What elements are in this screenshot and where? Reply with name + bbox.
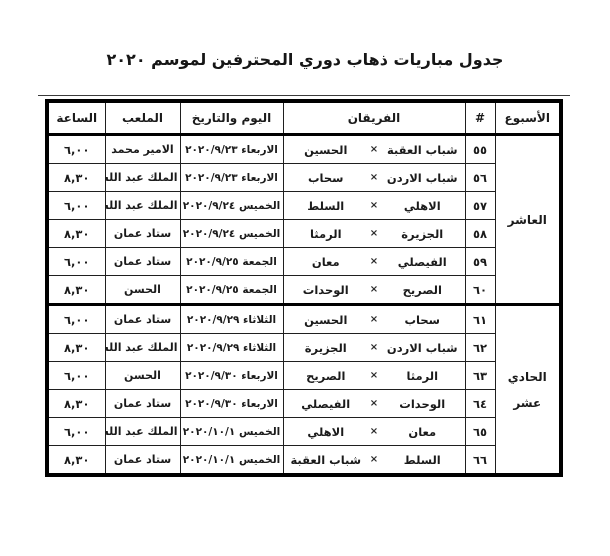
team-away: الحسين: [290, 143, 363, 157]
match-stadium: ستاد عمان: [105, 446, 180, 476]
match-row: ٦٣ الرمثا × الصريح الاربعاء ٢٠٢٠/٩/٣٠ ال…: [47, 362, 561, 390]
header-cell-stadium: الملعب: [105, 101, 180, 135]
match-stadium: الملك عبد الله: [105, 418, 180, 446]
team-home: معان: [386, 425, 459, 439]
week-label-line: الحادي: [498, 364, 558, 390]
match-teams: شباب الاردن × الجزيرة: [283, 334, 465, 362]
header-cell-week: الأسبوع: [495, 101, 561, 135]
match-time: ٨,٣٠: [47, 446, 105, 476]
header-cell-time: الساعة: [47, 101, 105, 135]
match-day-date: الجمعة ٢٠٢٠/٩/٢٥: [180, 276, 283, 305]
match-teams: الرمثا × الصريح: [283, 362, 465, 390]
match-row: ٥٨ الجزيرة × الرمثا الخميس ٢٠٢٠/٩/٢٤ ستا…: [47, 220, 561, 248]
top-rule-divider: [38, 95, 570, 96]
team-home: سحاب: [386, 313, 459, 327]
match-number: ٥٨: [465, 220, 495, 248]
match-time: ٦,٠٠: [47, 305, 105, 334]
team-home: شباب الاردن: [386, 171, 459, 185]
match-time: ٦,٠٠: [47, 248, 105, 276]
match-row: ٥٧ الاهلي × السلط الخميس ٢٠٢٠/٩/٢٤ الملك…: [47, 192, 561, 220]
match-stadium: الحسن: [105, 276, 180, 305]
match-day-date: الجمعة ٢٠٢٠/٩/٢٥: [180, 248, 283, 276]
match-day-date: الخميس ٢٠٢٠/١٠/١: [180, 446, 283, 476]
match-number: ٥٦: [465, 164, 495, 192]
week-label-line: عشر: [498, 390, 558, 416]
team-home: السلط: [386, 453, 459, 467]
match-number: ٦٥: [465, 418, 495, 446]
match-stadium: الملك عبد الله: [105, 334, 180, 362]
team-away: سحاب: [290, 171, 363, 185]
vs-mark: ×: [362, 200, 386, 211]
match-row: ٦٢ شباب الاردن × الجزيرة الثلاثاء ٢٠٢٠/٩…: [47, 334, 561, 362]
week-cell-10: العاشر: [495, 135, 561, 305]
match-row: ٦٦ السلط × شباب العقبة الخميس ٢٠٢٠/١٠/١ …: [47, 446, 561, 476]
header-cell-number: #: [465, 101, 495, 135]
week-cell-11: الحادي عشر: [495, 305, 561, 476]
team-away: السلط: [290, 199, 363, 213]
match-row: ٦٥ معان × الاهلي الخميس ٢٠٢٠/١٠/١ الملك …: [47, 418, 561, 446]
match-time: ٦,٠٠: [47, 418, 105, 446]
match-stadium: الملك عبد الله: [105, 192, 180, 220]
match-day-date: الثلاثاء ٢٠٢٠/٩/٢٩: [180, 305, 283, 334]
match-number: ٦٠: [465, 276, 495, 305]
team-away: الحسين: [290, 313, 363, 327]
match-number: ٥٩: [465, 248, 495, 276]
match-stadium: الحسن: [105, 362, 180, 390]
match-teams: الفيصلي × معان: [283, 248, 465, 276]
schedule-table: الأسبوع # الفريقان اليوم والتاريخ الملعب…: [45, 99, 563, 477]
match-teams: الاهلي × السلط: [283, 192, 465, 220]
match-number: ٦٤: [465, 390, 495, 418]
match-day-date: الاربعاء ٢٠٢٠/٩/٢٣: [180, 164, 283, 192]
match-time: ٨,٣٠: [47, 334, 105, 362]
team-home: الفيصلي: [386, 255, 459, 269]
team-away: الوحدات: [290, 283, 363, 297]
match-time: ٨,٣٠: [47, 220, 105, 248]
match-teams: الصريح × الوحدات: [283, 276, 465, 305]
vs-mark: ×: [362, 426, 386, 437]
match-stadium: ستاد عمان: [105, 220, 180, 248]
match-stadium: ستاد عمان: [105, 248, 180, 276]
match-row: ٥٦ شباب الاردن × سحاب الاربعاء ٢٠٢٠/٩/٢٣…: [47, 164, 561, 192]
match-teams: السلط × شباب العقبة: [283, 446, 465, 476]
match-teams: سحاب × الحسين: [283, 305, 465, 334]
match-time: ٦,٠٠: [47, 362, 105, 390]
team-home: الجزيرة: [386, 227, 459, 241]
vs-mark: ×: [362, 228, 386, 239]
match-teams: معان × الاهلي: [283, 418, 465, 446]
team-home: شباب العقبة: [386, 143, 459, 157]
match-teams: شباب الاردن × سحاب: [283, 164, 465, 192]
team-home: الصريح: [386, 283, 459, 297]
document-title: جدول مباريات ذهاب دوري المحترفين لموسم ٢…: [0, 50, 610, 69]
match-day-date: الخميس ٢٠٢٠/٩/٢٤: [180, 192, 283, 220]
match-time: ٦,٠٠: [47, 192, 105, 220]
match-number: ٦٦: [465, 446, 495, 476]
match-stadium: الملك عبد الله: [105, 164, 180, 192]
team-home: الاهلي: [386, 199, 459, 213]
match-number: ٦١: [465, 305, 495, 334]
match-day-date: الخميس ٢٠٢٠/٩/٢٤: [180, 220, 283, 248]
match-number: ٦٣: [465, 362, 495, 390]
vs-mark: ×: [362, 342, 386, 353]
team-away: شباب العقبة: [290, 453, 363, 467]
vs-mark: ×: [362, 314, 386, 325]
header-cell-day-date: اليوم والتاريخ: [180, 101, 283, 135]
header-cell-teams: الفريقان: [283, 101, 465, 135]
match-number: ٥٧: [465, 192, 495, 220]
match-teams: الجزيرة × الرمثا: [283, 220, 465, 248]
team-home: الرمثا: [386, 369, 459, 383]
match-day-date: الاربعاء ٢٠٢٠/٩/٣٠: [180, 390, 283, 418]
match-number: ٥٥: [465, 135, 495, 164]
vs-mark: ×: [362, 284, 386, 295]
match-stadium: الامير محمد: [105, 135, 180, 164]
vs-mark: ×: [362, 398, 386, 409]
match-day-date: الخميس ٢٠٢٠/١٠/١: [180, 418, 283, 446]
match-teams: شباب العقبة × الحسين: [283, 135, 465, 164]
match-time: ٨,٣٠: [47, 164, 105, 192]
match-row: ٦٠ الصريح × الوحدات الجمعة ٢٠٢٠/٩/٢٥ الح…: [47, 276, 561, 305]
match-row: ٥٩ الفيصلي × معان الجمعة ٢٠٢٠/٩/٢٥ ستاد …: [47, 248, 561, 276]
schedule-table-container: الأسبوع # الفريقان اليوم والتاريخ الملعب…: [45, 99, 563, 477]
team-away: الصريح: [290, 369, 363, 383]
match-teams: الوحدات × الفيصلي: [283, 390, 465, 418]
match-day-date: الثلاثاء ٢٠٢٠/٩/٢٩: [180, 334, 283, 362]
match-number: ٦٢: [465, 334, 495, 362]
week-label-line: العاشر: [498, 207, 558, 233]
match-stadium: ستاد عمان: [105, 305, 180, 334]
match-time: ٨,٣٠: [47, 390, 105, 418]
match-time: ٨,٣٠: [47, 276, 105, 305]
vs-mark: ×: [362, 144, 386, 155]
match-stadium: ستاد عمان: [105, 390, 180, 418]
vs-mark: ×: [362, 454, 386, 465]
vs-mark: ×: [362, 256, 386, 267]
match-day-date: الاربعاء ٢٠٢٠/٩/٢٣: [180, 135, 283, 164]
team-away: الجزيرة: [290, 341, 363, 355]
match-time: ٦,٠٠: [47, 135, 105, 164]
team-away: الفيصلي: [290, 397, 363, 411]
team-away: الاهلي: [290, 425, 363, 439]
match-row: ٦٤ الوحدات × الفيصلي الاربعاء ٢٠٢٠/٩/٣٠ …: [47, 390, 561, 418]
vs-mark: ×: [362, 172, 386, 183]
team-away: معان: [290, 255, 363, 269]
header-row: الأسبوع # الفريقان اليوم والتاريخ الملعب…: [47, 101, 561, 135]
match-row: العاشر ٥٥ شباب العقبة × الحسين الاربعاء …: [47, 135, 561, 164]
vs-mark: ×: [362, 370, 386, 381]
document-page: جدول مباريات ذهاب دوري المحترفين لموسم ٢…: [0, 0, 610, 556]
team-home: شباب الاردن: [386, 341, 459, 355]
match-row: الحادي عشر ٦١ سحاب × الحسين الثلاثاء ٢٠٢…: [47, 305, 561, 334]
match-day-date: الاربعاء ٢٠٢٠/٩/٣٠: [180, 362, 283, 390]
team-home: الوحدات: [386, 397, 459, 411]
team-away: الرمثا: [290, 227, 363, 241]
